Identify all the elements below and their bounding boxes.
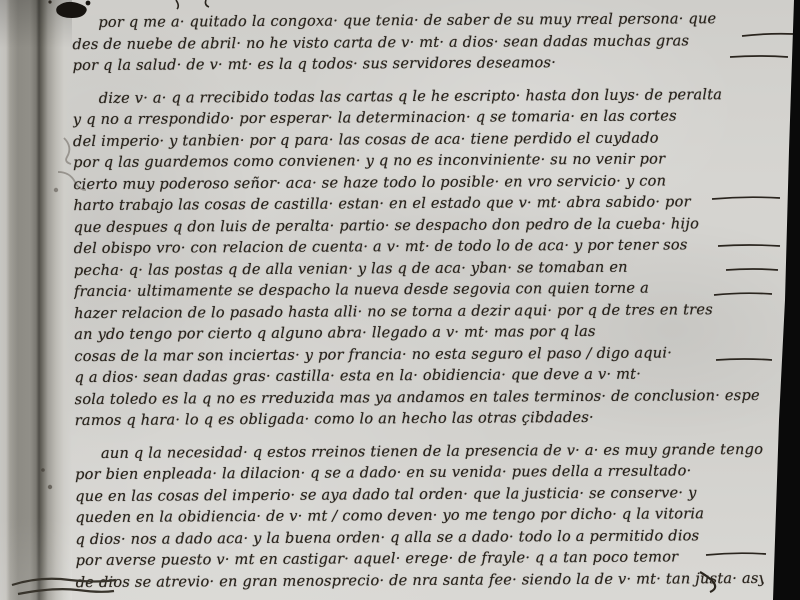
text-line: por q la salud· de v· mt· es la q todos·… bbox=[72, 51, 760, 77]
text-line: ramos q hara· lo q es obligada· como lo … bbox=[75, 406, 763, 432]
paragraph-3: aun q la necesidad· q estos rreinos tien… bbox=[75, 438, 764, 593]
text-line: del obispo vro· con relacion de cuenta· … bbox=[74, 234, 762, 260]
text-line: sola toledo es la q no es rreduzida mas … bbox=[75, 384, 763, 410]
paragraph-2: dize v· a· q a rrecibido todas las carta… bbox=[73, 83, 763, 431]
binding-gutter bbox=[0, 0, 72, 600]
text-line: de dios se atrevio· en gran menosprecio·… bbox=[76, 567, 764, 593]
manuscript-photo: por q me a· quitado la congoxa· que teni… bbox=[0, 0, 800, 600]
manuscript-text: por q me a· quitado la congoxa· que teni… bbox=[72, 8, 764, 593]
text-line: des de nuebe de abril· no he visto carta… bbox=[72, 29, 760, 55]
paragraph-1: por q me a· quitado la congoxa· que teni… bbox=[72, 8, 760, 77]
text-line: cosas de la mar son inciertas· y por fra… bbox=[74, 341, 762, 367]
text-line: hazer relacion de lo pasado hasta alli· … bbox=[74, 298, 762, 324]
